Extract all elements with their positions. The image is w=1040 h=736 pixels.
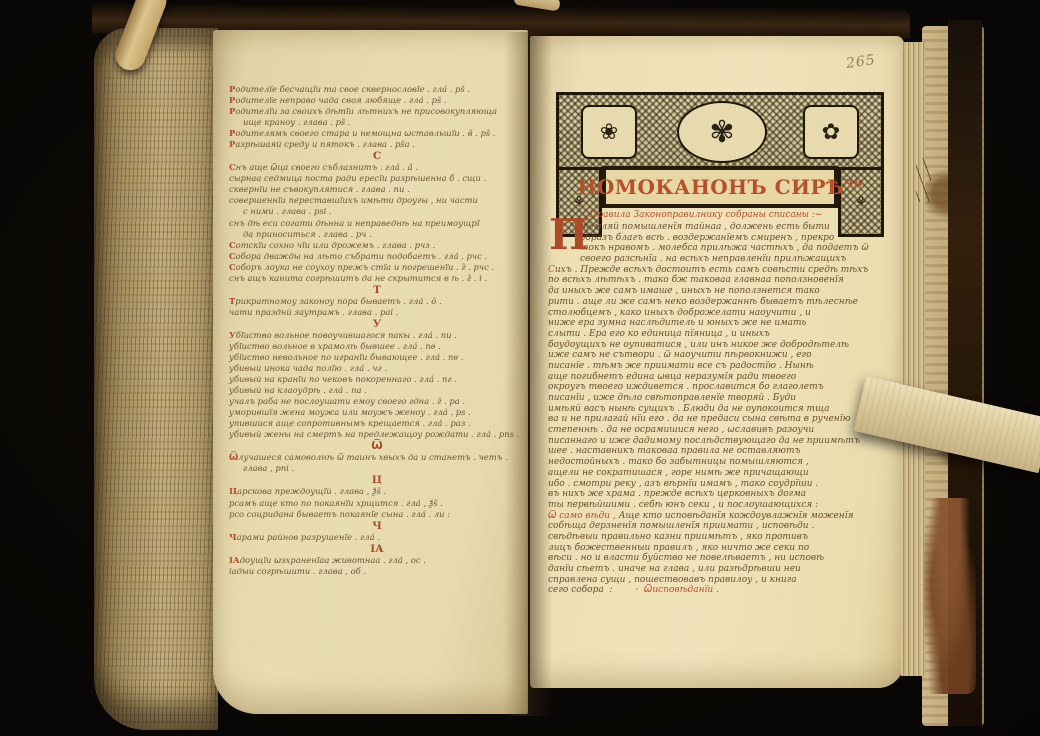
index-line: Сотскїи сохно чїи или дрожемъ . глава . … bbox=[229, 240, 525, 251]
index-line: учалъ раба не послоушати емоу своего гдн… bbox=[229, 396, 525, 407]
body-line: боудоущихъ не оупиватися , или инъ никое… bbox=[548, 340, 906, 351]
index-line: Родителїе неправо чада своя любяще . гла… bbox=[229, 95, 525, 106]
body-line: да иныхъ же самъ имаше , иныхъ не пополз… bbox=[548, 286, 906, 297]
center-medallion-flower-icon: ✾ bbox=[677, 101, 767, 163]
section-header: Т bbox=[229, 284, 525, 296]
index-line: убивый жены на смертъ на предлежащоу рож… bbox=[229, 429, 525, 440]
index-line: Собора дважды на лѣто събрати подобаетъ … bbox=[229, 251, 525, 262]
index-line: чати празднй заутрамъ . глава . раі . bbox=[229, 307, 525, 318]
index-line: іадыи согрѣшити . глава , об . bbox=[229, 566, 525, 577]
body-line: сего собора : · Ѿисповѣданїи . bbox=[548, 585, 906, 596]
body-line: вѣси . но и власти буйство не повелѣвает… bbox=[548, 553, 906, 564]
body-line: образъ благъ всѣ . воздержанїемъ смиренъ… bbox=[548, 233, 906, 244]
body-line: Сихъ . Прежде всѣхъ достоитъ есть самъ с… bbox=[548, 265, 906, 276]
left-medallion-flower-icon: ❀ bbox=[581, 105, 637, 159]
section-header: Ч bbox=[229, 520, 525, 532]
index-line: совершеннїи переставшїихъ имѣти дроугы ,… bbox=[229, 195, 525, 206]
photo-background: 265 Родителїе бесчащїи та свое скверносл… bbox=[0, 0, 1040, 736]
section-header: Ц bbox=[229, 474, 525, 486]
body-line: ты первѣйшими . себѣ юнъ секи , и послоу… bbox=[548, 500, 906, 511]
body-line: рити . аще ли же самъ неко воздержаннѣ б… bbox=[548, 297, 906, 308]
body-line: столюбцемъ , како иныхъ доброжелати наоу… bbox=[548, 308, 906, 319]
index-line: снъ дѣ еси согати дѣнна и неправеднѣ на … bbox=[229, 218, 525, 229]
index-line: убивый на кранїи по чековъ покореннаго .… bbox=[229, 374, 525, 385]
body-line: писанїе . тѣмъ же приимати все съ радост… bbox=[548, 361, 906, 372]
index-line: сырнаа седмица поста ради ересїи разрѣше… bbox=[229, 173, 525, 184]
right-medallion-flower-icon: ✿ bbox=[803, 105, 859, 159]
body-line: рїемляй помышленїя тайнаа , должень есть… bbox=[548, 222, 906, 233]
index-line: сквернїи не съвокуплятися . глава . пи . bbox=[229, 184, 525, 195]
body-line: собѣща дерзненїя помышленїя приимати , и… bbox=[548, 521, 906, 532]
body-line: лицъ божественныи правилъ , яко ничто же… bbox=[548, 543, 906, 554]
index-line: убїиство вольное в храмолѣ бывшее . гла́… bbox=[229, 341, 525, 352]
index-line: убїиство невольное по игранїи бывающее .… bbox=[229, 352, 525, 363]
index-line: упившися аще сопротивнымъ крещается . гл… bbox=[229, 418, 525, 429]
body-line: писаннаго и иже дадимому послѣдствующаго… bbox=[548, 436, 906, 447]
index-line: Царскова преждоущїй . глава , ѯѕ̃ . bbox=[229, 486, 525, 497]
body-line: шее . наставникъ таковаа правила не оста… bbox=[548, 446, 906, 457]
title-cartouche: НОМОКАНОНЪ СИРѢЧЬ bbox=[602, 166, 838, 208]
body-line: свѣдѣвыи правильно казни приимѣтъ , яко … bbox=[548, 532, 906, 543]
index-line: убивый на клаоудрѣ . гла́ . па . bbox=[229, 385, 525, 396]
body-line: ибо . смотри реку , азъ вѣрнїи имамъ , т… bbox=[548, 479, 906, 490]
index-line: рсамъ аще кто по покаянїи хрщится . гла́… bbox=[229, 498, 525, 509]
body-line: въ нихъ же храма . прежде всѣхъ церковны… bbox=[548, 489, 906, 500]
index-line: да приноситься . глава . рч . bbox=[229, 229, 525, 240]
title-superscript: ЧЬ bbox=[844, 178, 862, 189]
index-sections: Родителїе бесчащїи та свое сквернословїе… bbox=[229, 84, 525, 577]
body-line: ва и не прилагай нїи его . да не предаси… bbox=[548, 414, 906, 425]
drop-cap-initial: П bbox=[549, 214, 589, 256]
index-line: Чарами райнов разрушенїе . гла́ . bbox=[229, 532, 525, 543]
body-line: имѣяй васъ нынѣ сущихъ . Блюди да не оуп… bbox=[548, 404, 906, 415]
index-line: ище краноу . глава . рѕ̃ . bbox=[229, 117, 525, 128]
body-line: иже самъ не сътвори . ѿ наоучити пѣрвокн… bbox=[548, 350, 906, 361]
index-line: глава , рпі . bbox=[229, 463, 525, 474]
ink-scribble bbox=[916, 158, 931, 202]
body-line: ниже ера зумна наслѣдитель и юныхъ же не… bbox=[548, 318, 906, 329]
nomocanon-title: НОМОКАНОНЪ СИРѢЧЬ bbox=[577, 175, 862, 199]
body-line: токъ нравомъ . молебса прилѣжа частѣхъ ,… bbox=[548, 243, 906, 254]
left-page-block-edges bbox=[94, 28, 218, 730]
body-line: своего разсѣнїа . на всѣхъ неправленїи п… bbox=[548, 254, 906, 265]
headpiece-woodcut: ❀ ✾ ✿ bbox=[556, 92, 884, 170]
body-line: слыти . Ера его ко единица пїяница , и и… bbox=[548, 329, 906, 340]
index-line: Трикратномоу законоу пора бываетъ . гла́… bbox=[229, 296, 525, 307]
body-line: данїи сѣетъ . иначе на глава , или разѣд… bbox=[548, 564, 906, 575]
body-line: недостойныхъ . тако бо забытницы помышля… bbox=[548, 457, 906, 468]
index-line: Соборъ лоука не соухоу прежъ стїа и погр… bbox=[229, 262, 525, 273]
index-line: с ними . глава . рѕі . bbox=[229, 206, 525, 217]
index-line: Разрѣшаяй среду и пятокъ . глава . рѕ̃а … bbox=[229, 139, 525, 150]
section-header: С bbox=[229, 150, 525, 162]
index-line: Родителїе бесчащїи та свое сквернословїе… bbox=[229, 84, 525, 95]
section-header: Ѿ bbox=[229, 440, 525, 452]
body-line: степеннѣ . да не осрамишися него , ѡслав… bbox=[548, 425, 906, 436]
index-line: Родителямъ своего стара и немощна ѡставл… bbox=[229, 128, 525, 139]
index-line: Родителїи за своихъ дѣтїи лѣтнихъ не при… bbox=[229, 106, 525, 117]
index-line: Снъ аще ѿца своего съблазнитъ . гла́ . а… bbox=[229, 162, 525, 173]
index-line: снъ ащъ канита согрѣшитъ да не скрытится… bbox=[229, 273, 525, 284]
index-line: убивый инока чада полїю . гла́ . чг . bbox=[229, 363, 525, 374]
body-line: Ѿ само вѣди , Аще кто исповѣданїя кождоу… bbox=[548, 511, 906, 522]
index-line: Убїиство вольное повоучившагося пакы . г… bbox=[229, 330, 525, 341]
index-line: Ѿлучашеся самоволнѣ ѿ таинъ хвыхъ да и с… bbox=[229, 452, 525, 463]
body-line: ащели не сократишася , горе нимѣ же прич… bbox=[548, 468, 906, 479]
index-line: ІАдоущїи ѡзхраненїаа животнаа . гла́ , о… bbox=[229, 555, 525, 566]
body-line: справлена сущи , пошествовавъ правилоу ,… bbox=[548, 575, 906, 586]
index-line: уморившїя жена моужа или моужъ женоу . г… bbox=[229, 407, 525, 418]
body-line: окроугъ твоего иждивется . прославится б… bbox=[548, 382, 906, 393]
subtitle: Правила Законоправилнику собраны списаны… bbox=[556, 210, 856, 220]
index-line: рсо соцридана бываетъ покаянїе сына . гл… bbox=[229, 509, 525, 520]
body-line: аще погибнетъ едина ѡвца неразумїя ради … bbox=[548, 372, 906, 383]
section-header: ІА bbox=[229, 543, 525, 555]
torn-leather-patch bbox=[924, 498, 976, 694]
section-header: У bbox=[229, 318, 525, 330]
body-line: по всѣхъ лѣтѣхъ . тако бж таковаа главна… bbox=[548, 275, 906, 286]
body-line: писанїи , иже дѣло свѣтоправленїе творяй… bbox=[548, 393, 906, 404]
body-text: рїемляй помышленїя тайнаа , должень есть… bbox=[548, 222, 906, 596]
